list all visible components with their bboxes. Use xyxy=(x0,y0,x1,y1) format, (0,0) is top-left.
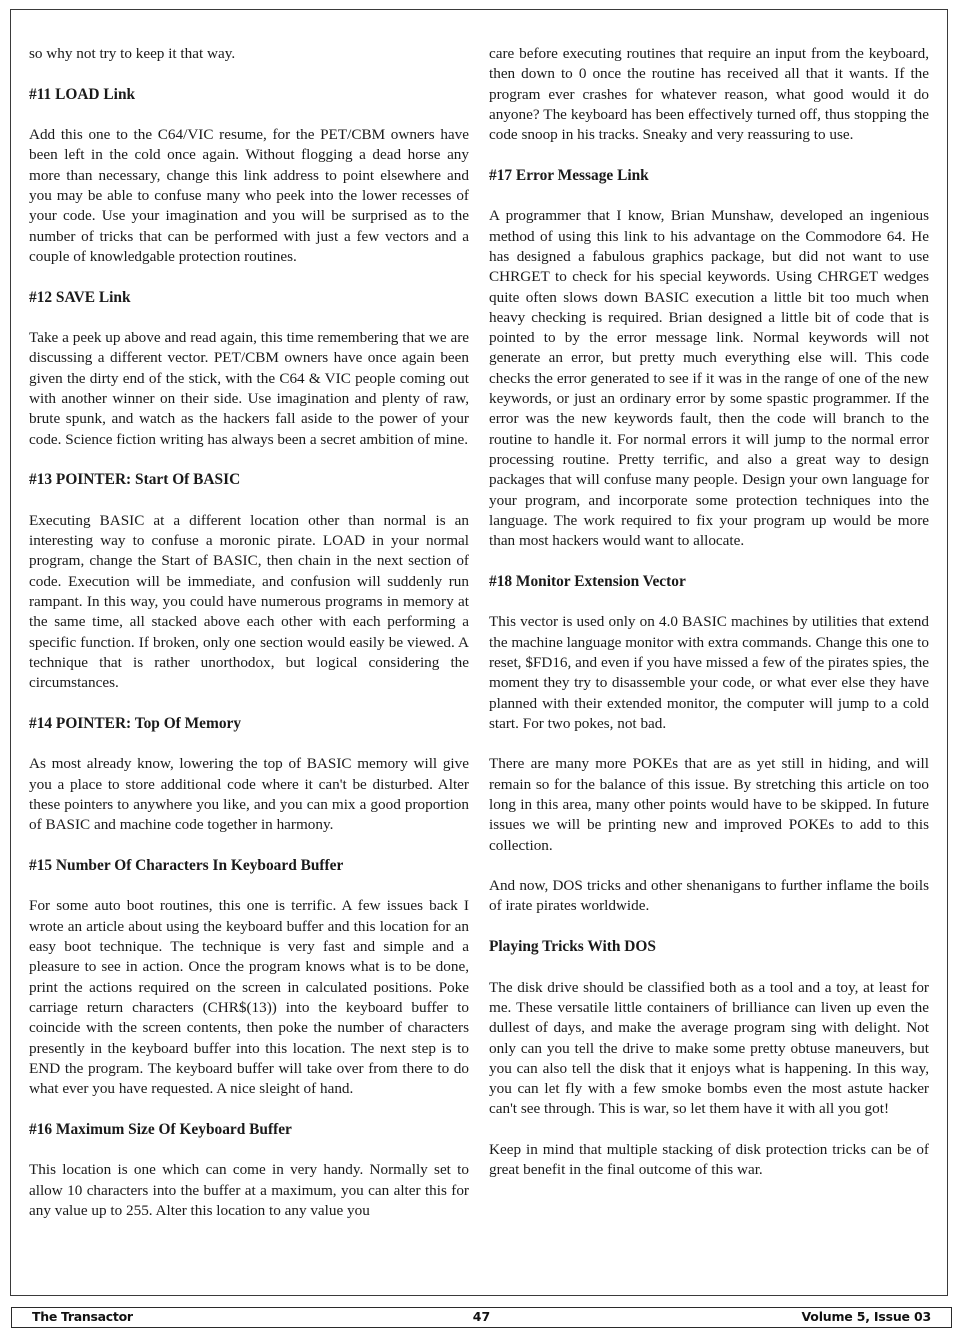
paragraph: There are many more POKEs that are as ye… xyxy=(489,754,929,855)
issue-label: Volume 5, Issue 03 xyxy=(802,1308,931,1326)
section-heading: #18 Monitor Extension Vector xyxy=(489,572,929,592)
paragraph: Executing BASIC at a different location … xyxy=(29,511,469,694)
paragraph: care before executing routines that requ… xyxy=(489,44,929,145)
section-heading: #16 Maximum Size Of Keyboard Buffer xyxy=(29,1120,469,1140)
section-heading: #12 SAVE Link xyxy=(29,288,469,308)
paragraph: Keep in mind that multiple stacking of d… xyxy=(489,1140,929,1181)
paragraph: so why not try to keep it that way. xyxy=(29,44,469,64)
left-column: so why not try to keep it that way. #11 … xyxy=(29,44,469,1242)
section-heading: Playing Tricks With DOS xyxy=(489,937,929,957)
paragraph: And now, DOS tricks and other shenanigan… xyxy=(489,876,929,917)
paragraph: For some auto boot routines, this one is… xyxy=(29,896,469,1099)
section-heading: #13 POINTER: Start Of BASIC xyxy=(29,470,469,490)
right-column: care before executing routines that requ… xyxy=(489,44,929,1201)
section-heading: #11 LOAD Link xyxy=(29,85,469,105)
paragraph: Add this one to the C64/VIC resume, for … xyxy=(29,125,469,267)
paragraph: The disk drive should be classified both… xyxy=(489,978,929,1120)
paragraph: This location is one which can come in v… xyxy=(29,1160,469,1221)
paragraph: As most already know, lowering the top o… xyxy=(29,754,469,835)
paragraph: This vector is used only on 4.0 BASIC ma… xyxy=(489,612,929,734)
page-footer: The Transactor 47 Volume 5, Issue 03 xyxy=(11,1307,952,1328)
section-heading: #15 Number Of Characters In Keyboard Buf… xyxy=(29,856,469,876)
section-heading: #14 POINTER: Top Of Memory xyxy=(29,714,469,734)
paragraph: A programmer that I know, Brian Munshaw,… xyxy=(489,206,929,551)
section-heading: #17 Error Message Link xyxy=(489,166,929,186)
paragraph: Take a peek up above and read again, thi… xyxy=(29,328,469,450)
